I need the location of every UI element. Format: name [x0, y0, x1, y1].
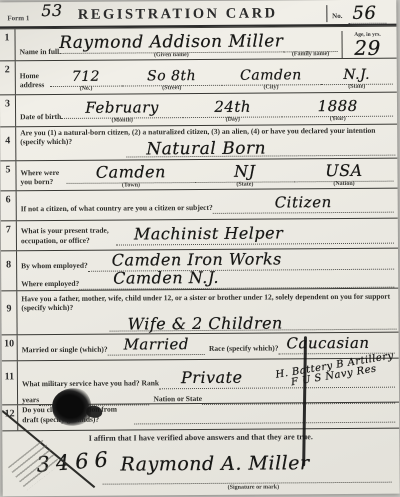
signature: Raymond A. Miller: [120, 454, 309, 474]
married-answer-line: Married: [108, 336, 205, 356]
handwritten-name: Raymond Addison Miller: [59, 31, 283, 53]
where-employed-question: Where employed?: [21, 279, 79, 289]
card-header: Form 1 53 REGISTRATION CARD No. 56: [0, 0, 396, 28]
race-answer-line: Caucasian: [278, 335, 394, 355]
form-number-label: Form 1: [7, 14, 29, 22]
handwritten-day: 24th: [214, 98, 251, 116]
row-where-born: 5 Where were you born? Camden (Town) NJ …: [0, 158, 397, 191]
trade-question: What is your present trade, occupation, …: [21, 226, 116, 245]
country-question: If not a citizen, of what country are yo…: [21, 203, 213, 214]
address-city-segment: Camden (City): [221, 66, 320, 86]
row-number: 4: [0, 127, 16, 160]
handwritten-born-town: Camden: [96, 162, 166, 181]
handwritten-born-state: NJ: [234, 162, 256, 181]
row-trade: 7 What is your present trade, occupation…: [1, 218, 398, 251]
handwritten-race: Caucasian: [286, 334, 369, 353]
ink-blot-small: [86, 406, 102, 418]
month-sublabel: (Month): [61, 117, 183, 124]
race-question: Race (specify which)?: [209, 344, 279, 354]
dependents-question: Have you a father, mother, wife, child u…: [21, 290, 394, 313]
handwritten-where-employed: Camden N.J.: [113, 268, 219, 288]
handwritten-dependents: Wife & 2 Children: [127, 315, 282, 332]
no-sublabel: (No.): [50, 86, 122, 93]
handwritten-state: N.J.: [343, 67, 370, 83]
born-town-segment: Camden (Town): [66, 164, 195, 184]
handwritten-address-no: 712: [72, 69, 100, 85]
dob-day-segment: 24th (Day): [183, 98, 283, 118]
handwritten-serial: 53: [41, 3, 62, 19]
street-sublabel: (Street): [122, 85, 221, 92]
handwritten-citizen: Citizen: [275, 193, 332, 211]
handwritten-trade: Machinist Helper: [134, 223, 283, 243]
handwritten-month: February: [85, 98, 159, 117]
handwritten-citizenship: Natural Born: [146, 141, 266, 159]
row-number: 1: [0, 29, 16, 60]
signature-or-mark-label: (Signature or mark): [228, 484, 279, 490]
card: Form 1 53 REGISTRATION CARD No. 56 1 Nam…: [0, 0, 400, 496]
married-question: Married or single (which)?: [22, 345, 108, 355]
card-number-box: No. 56: [326, 5, 390, 22]
row-number: 10: [2, 335, 18, 360]
row-number: 6: [1, 191, 17, 220]
card-title: REGISTRATION CARD: [29, 5, 326, 24]
row-number: 5: [0, 161, 16, 190]
name-family-segment: (Family name): [283, 51, 337, 52]
handwritten-street: So 8th: [147, 68, 196, 84]
row-citizen-country: 6 If not a citizen, of what country are …: [1, 188, 398, 221]
handwritten-employer: Camden Iron Works: [112, 249, 282, 269]
no-label: No.: [332, 12, 342, 20]
dob-year-segment: 1888 (Year): [282, 98, 393, 118]
row-number: 7: [1, 221, 17, 250]
row-number: 2: [0, 61, 16, 94]
born-state-segment: NJ (State): [195, 163, 294, 183]
day-sublabel: (Day): [183, 116, 283, 123]
row-name: 1 Name in full Raymond Addison Miller (G…: [0, 26, 397, 61]
family-name-sublabel: (Family name): [283, 51, 337, 58]
row-home-address: 2 Home address 712 (No.) So 8th (Street)…: [0, 58, 397, 95]
row-number: 9: [1, 291, 17, 334]
handwritten-year: 1888: [318, 97, 358, 115]
military-question: What military service have you had? Rank: [22, 379, 159, 390]
row-married-race: 10 Married or single (which)? Married Ra…: [2, 332, 399, 361]
handwritten-card-number: 56: [348, 5, 386, 24]
row-citizenship: 4 Are you (1) a natural-born citizen, (2…: [0, 124, 397, 161]
address-street-segment: So 8th (Street): [122, 67, 221, 87]
handwritten-married: Married: [123, 335, 189, 353]
born-nation-segment: USA (Nation): [294, 163, 393, 183]
rank-answer-line: Private H. Battery B Artillery F U S Nav…: [159, 369, 395, 390]
address-no-segment: 712 (No.): [50, 68, 122, 88]
handwritten-born-nation: USA: [325, 161, 363, 180]
address-question: Home address: [20, 71, 50, 91]
year-sublabel: (Year): [283, 116, 394, 123]
employer-question: By whom employed?: [21, 261, 88, 271]
address-state-segment: N.J. (State): [321, 66, 393, 86]
country-answer-line: Citizen: [213, 194, 394, 214]
exemption-answer-line: [134, 422, 395, 425]
where-employed-answer-line: Camden N.J.: [79, 269, 394, 290]
dob-question: Date of birth: [20, 112, 61, 122]
handwritten-age: 29: [343, 38, 393, 58]
city-sublabel: (City): [221, 84, 320, 91]
trade-answer-line: Machinist Helper: [116, 225, 394, 246]
name-given-segment: Raymond Addison Miller (Given name): [59, 33, 283, 54]
row-employer: 8 By whom employed? Camden Iron Works Wh…: [1, 248, 398, 291]
row-number: 8: [1, 251, 17, 290]
row-number: 11: [2, 361, 18, 404]
handwritten-rank: Private: [181, 368, 243, 387]
scanned-registration-card: Form 1 53 REGISTRATION CARD No. 56 1 Nam…: [0, 0, 400, 497]
state-sublabel: (State): [321, 84, 393, 91]
row-number: 3: [0, 95, 16, 126]
signature-area: 3466 Raymond A. Miller (Signature or mar…: [2, 442, 399, 497]
row-date-of-birth: 3 Date of birth February (Month) 24th (D…: [0, 92, 397, 127]
handwritten-city: Camden: [240, 67, 302, 83]
dob-month-segment: February (Month): [61, 99, 183, 119]
row-dependents: 9 Have you a father, mother, wife, child…: [1, 288, 398, 335]
born-question: Where were you born?: [20, 167, 66, 187]
name-question: Name in full: [20, 47, 60, 57]
age-box: Age, in yrs. 29: [341, 31, 392, 58]
